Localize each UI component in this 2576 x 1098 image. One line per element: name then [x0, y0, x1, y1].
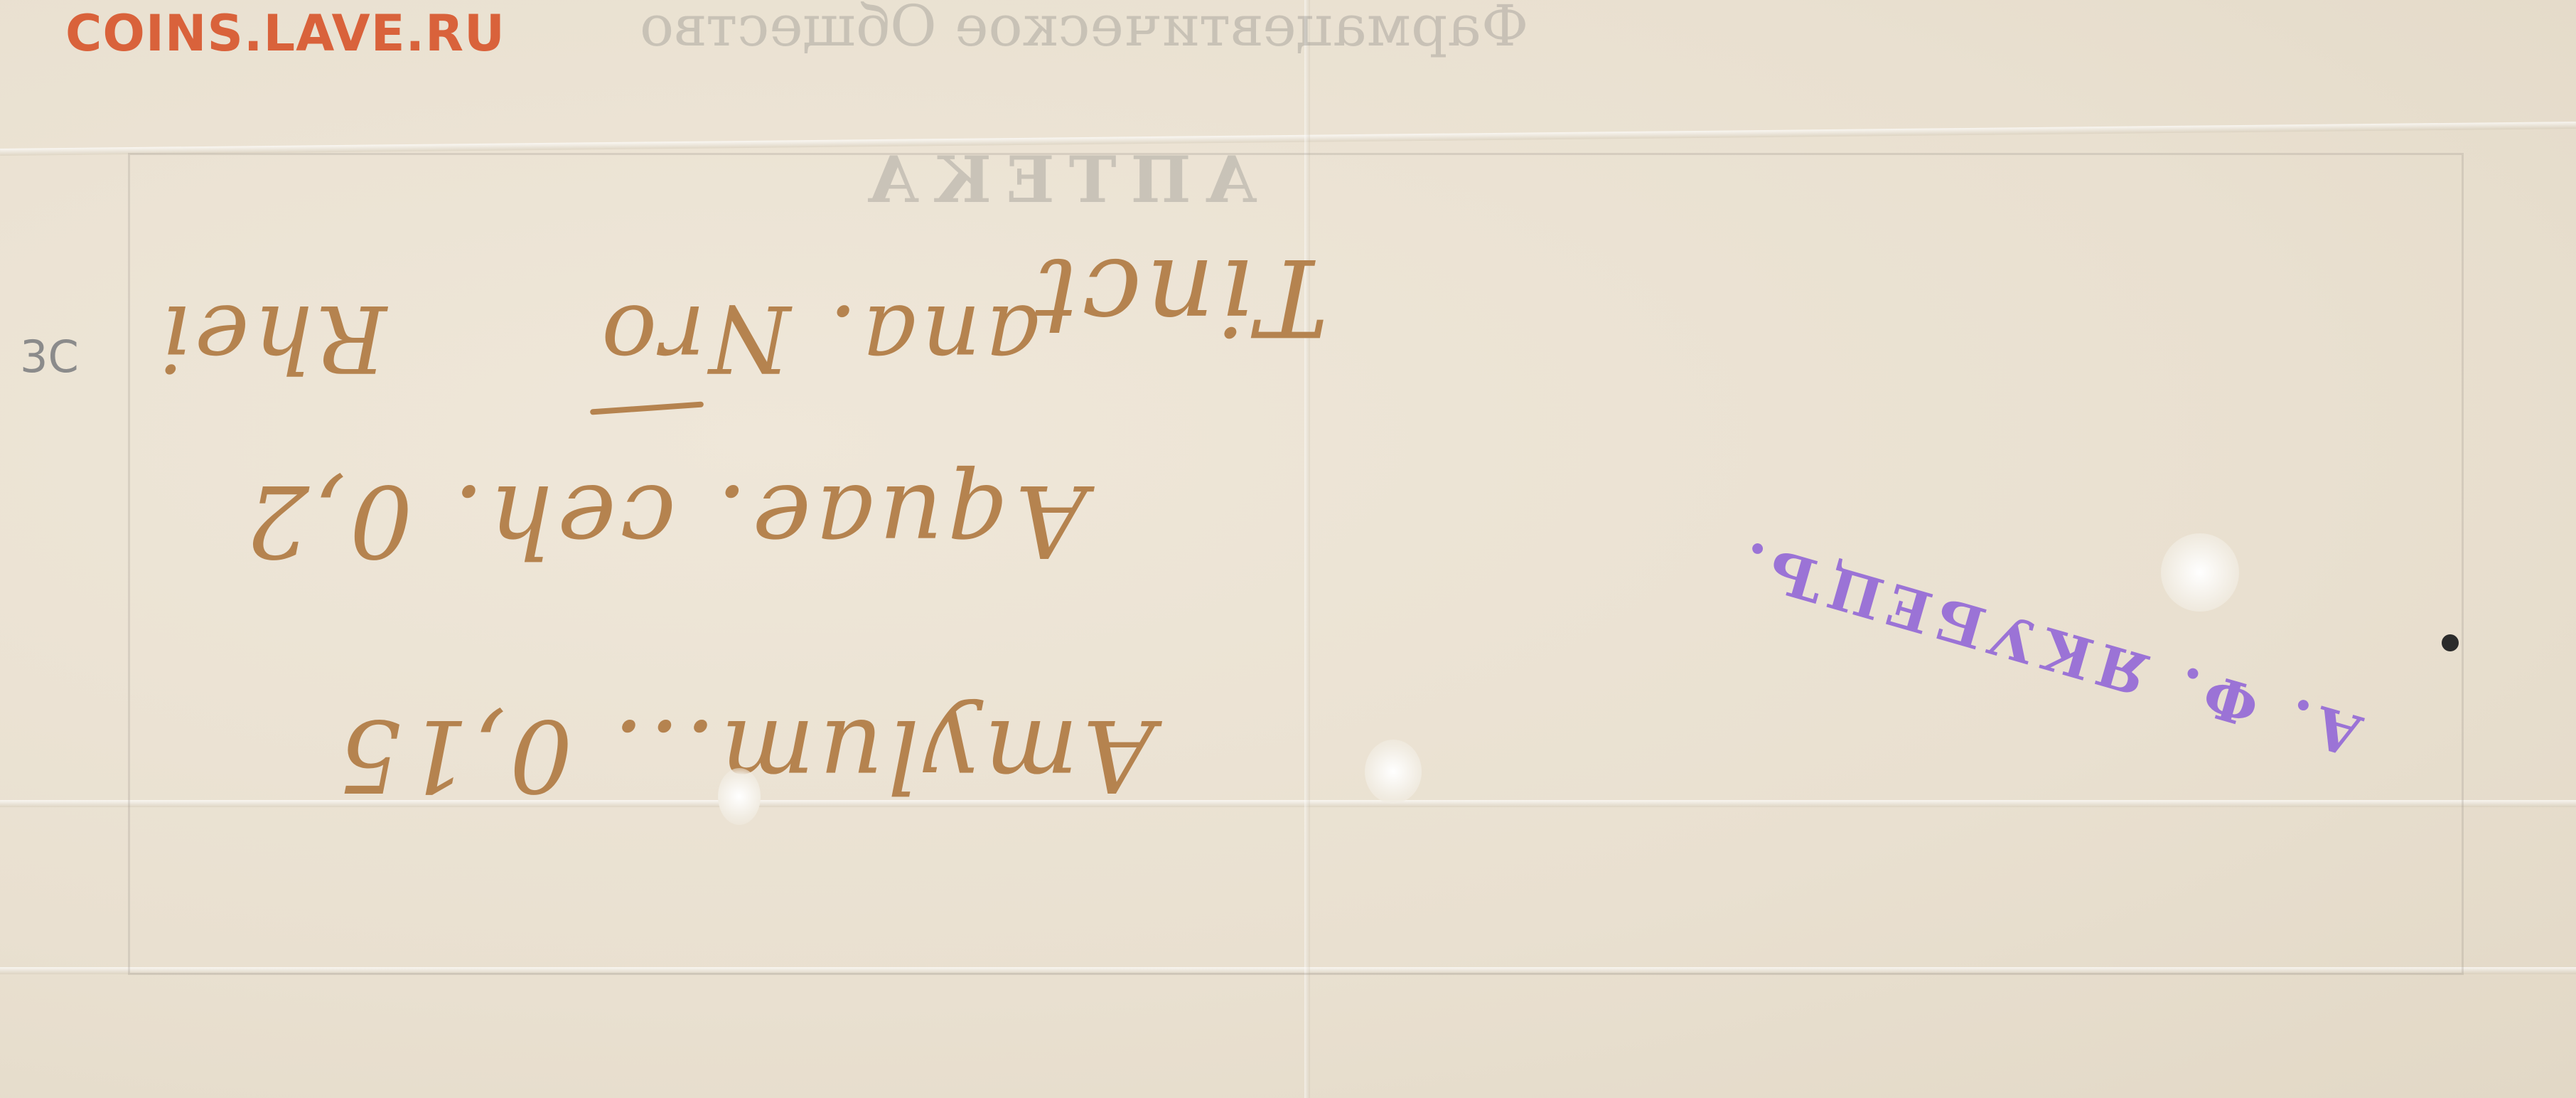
- pencil-note: 3C: [20, 331, 79, 383]
- paper-puncture: [1365, 740, 1422, 804]
- paper-puncture: [718, 768, 761, 825]
- site-watermark: COINS.LAVE.RU: [65, 4, 505, 63]
- bleed-through-header: Фармацевтическое Общество: [640, 0, 1528, 59]
- handwriting-line2: Aquae. ceh. 0,2: [242, 462, 1087, 578]
- handwriting-line1-mid: ana. Nro: [597, 284, 1041, 393]
- handwriting-line1-left: Rhei: [156, 284, 387, 393]
- ink-dot: [2442, 634, 2459, 651]
- handwriting-line1-right: Tinct: [1031, 235, 1329, 358]
- bleed-through-title: АПТЕКА: [853, 142, 1257, 218]
- paper-tear: [2161, 533, 2239, 612]
